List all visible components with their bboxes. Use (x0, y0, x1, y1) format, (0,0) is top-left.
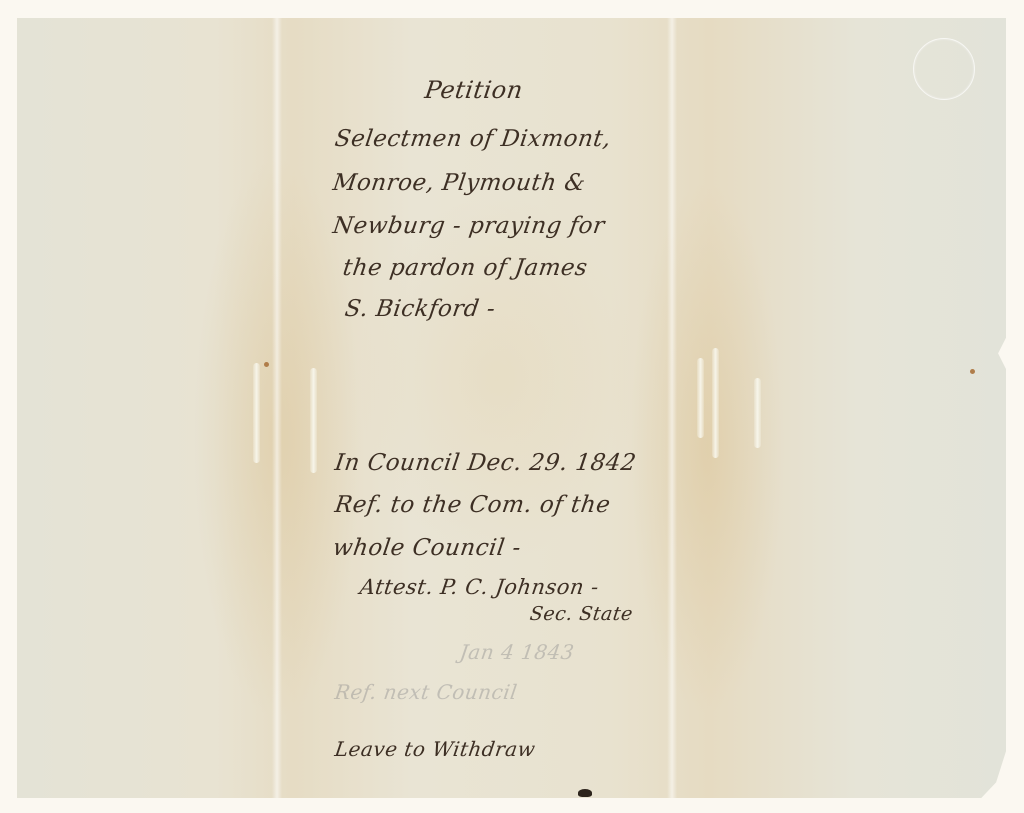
ink-blot (578, 789, 592, 797)
faint-reference-notation: Ref. next Council (333, 680, 519, 704)
attestation-line: Attest. P. C. Johnson - (358, 575, 600, 599)
faint-date-notation: Jan 4 1843 (458, 640, 576, 664)
council-endorsement-line: Ref. to the Com. of the (333, 492, 612, 518)
water-damage (310, 368, 317, 473)
water-damage (697, 358, 704, 438)
summary-line: S. Bickford - (343, 296, 497, 322)
summary-line: Selectmen of Dixmont, (333, 126, 613, 152)
document-title: Petition (423, 76, 525, 104)
fold-crease (272, 18, 282, 798)
summary-line: the pardon of James (341, 255, 589, 281)
fold-crease (667, 18, 677, 798)
attestation-title: Sec. State (528, 603, 634, 625)
water-damage (754, 378, 761, 448)
council-endorsement-line: In Council Dec. 29. 1842 (333, 450, 638, 476)
water-damage (253, 363, 260, 463)
council-endorsement-line: whole Council - (331, 535, 523, 561)
final-note: Leave to Withdraw (333, 737, 537, 761)
summary-line: Monroe, Plymouth & (331, 170, 587, 196)
water-damage (712, 348, 719, 458)
embossed-seal-icon (913, 38, 975, 100)
stain-spot (970, 369, 975, 374)
summary-line: Newburg - praying for (331, 213, 606, 239)
stain-spot (264, 362, 269, 367)
